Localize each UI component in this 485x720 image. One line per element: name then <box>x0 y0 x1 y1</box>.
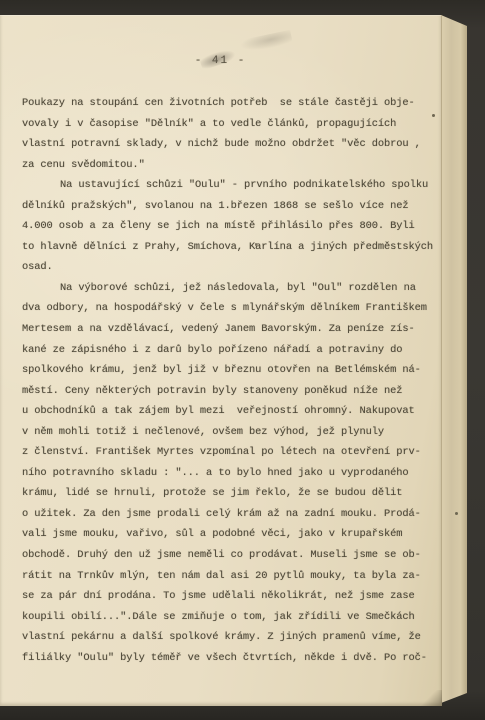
text-line: Mertesem a na vzdělávací, vedený Janem B… <box>22 319 436 340</box>
text-line: krámu, lidé se hrnuli, protože se jim ře… <box>22 483 436 504</box>
scan-speck <box>255 243 257 246</box>
text-line: o užitek. Za den jsme prodali celý krám … <box>22 504 436 525</box>
text-line: kané ze zápisného i z darů bylo pořízeno… <box>22 340 436 361</box>
page-corner-shadow <box>418 690 442 706</box>
text-line: osad. <box>22 257 436 278</box>
text-line: spolkového krámu, jenž byl již v březnu … <box>22 360 436 381</box>
text-line: to hlavně dělníci z Prahy, Smíchova, Kar… <box>22 237 436 258</box>
text-line: obchodě. Druhý den už jsme neměli co pro… <box>22 545 436 566</box>
text-line: filiálky "Oulu" byly téměř ve všech čtvr… <box>22 648 436 669</box>
text-line: za cenu svědomitou." <box>22 155 436 176</box>
text-line: z členství. František Myrtes vzpomínal p… <box>22 442 436 463</box>
text-line: ního potravního skladu : "... a to bylo … <box>22 463 436 484</box>
text-line: 4.000 osob a za členy se jich na místě p… <box>22 216 436 237</box>
book-fore-edge <box>441 10 467 706</box>
text-line: koupili obilí...".Dále se zmiňuje o tom,… <box>22 607 436 628</box>
text-line: Poukazy na stoupání cen životních potřeb… <box>22 93 436 114</box>
scan-speck <box>455 512 458 515</box>
text-line: Na ustavující schůzi "Oulu" - prvního po… <box>22 175 436 196</box>
text-line: vlastní pekárnu a další spolkové krámy. … <box>22 627 436 648</box>
text-line: Na výborové schůzi, jež následovala, byl… <box>22 278 436 299</box>
text-line: se za pár dní prodána. To jsme udělali n… <box>22 586 436 607</box>
ink-smudge <box>239 30 293 55</box>
scanned-book-photo: - 41 - Poukazy na stoupání cen životních… <box>0 0 485 720</box>
text-line: rátit na Trnkův mlýn, ten nám dal asi 20… <box>22 566 436 587</box>
text-line: vali jsme mouku, vařivo, sůl a podobné v… <box>22 524 436 545</box>
text-line: dva odbory, na hospodářský v čele s mlyn… <box>22 298 436 319</box>
document-page: - 41 - Poukazy na stoupání cen životních… <box>0 15 442 706</box>
text-line: dělníků pražských", svolanou na 1.březen… <box>22 196 436 217</box>
text-line: vovaly i v časopise "Dělník" a to vedle … <box>22 114 436 135</box>
text-line: u obchodníků a tak zájem byl mezi veřejn… <box>22 401 436 422</box>
text-line: vlastní potravní sklady, v nichž bude mo… <box>22 134 436 155</box>
scan-speck <box>432 114 435 117</box>
text-line: v něm mohli totiž i nečlenové, ovšem bez… <box>22 422 436 443</box>
typewritten-text: Poukazy na stoupání cen životních potřeb… <box>22 93 436 668</box>
text-line: městí. Ceny některých potravin byly stan… <box>22 381 436 402</box>
